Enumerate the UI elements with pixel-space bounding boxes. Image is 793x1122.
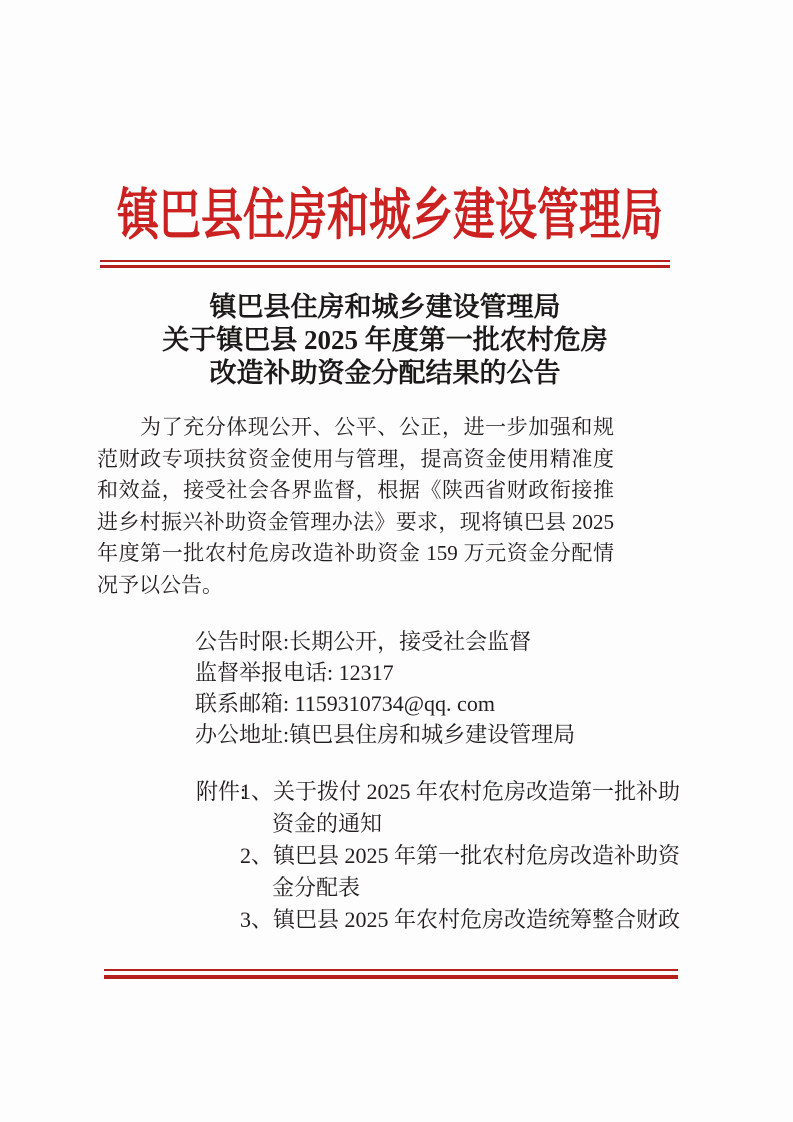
attachment-item-2-cont: 金分配表 (272, 875, 360, 900)
body-line: 况予以公告。 (97, 570, 614, 602)
body-line: 和效益，接受社会各界监督，根据《陕西省财政衔接推 (97, 475, 614, 507)
body-line: 进乡村振兴补助资金管理办法》要求，现将镇巴县 2025 (97, 507, 614, 539)
attachment-row: 附件: 1、关于拨付 2025 年农村危房改造第一批补助 (196, 776, 756, 808)
report-hotline-line: 监督举报电话: 12317 (195, 657, 675, 688)
masthead-rule-thin (100, 260, 670, 262)
title-line-1: 镇巴县住房和城乡建设管理局 (0, 291, 770, 324)
attachment-item-1: 1、关于拨付 2025 年农村危房改造第一批补助 (240, 779, 680, 804)
attachment-row: 3、镇巴县 2025 年农村危房改造统筹整合财政 (196, 904, 756, 936)
office-address-line: 办公地址:镇巴县住房和城乡建设管理局 (195, 719, 675, 750)
document-title: 镇巴县住房和城乡建设管理局 关于镇巴县 2025 年度第一批农村危房 改造补助资… (0, 291, 770, 390)
contact-email-line: 联系邮箱: 1159310734@qq. com (195, 688, 675, 719)
body-line: 年度第一批农村危房改造补助资金 159 万元资金分配情 (97, 538, 614, 570)
attachment-row: 2、镇巴县 2025 年第一批农村危房改造补助资 (196, 840, 756, 872)
body-paragraph: 为了充分体现公开、公平、公正，进一步加强和规 范财政专项扶贫资金使用与管理，提高… (97, 412, 614, 601)
footer-rule-thick (104, 975, 678, 979)
masthead-rule-thick (100, 265, 670, 268)
masthead: 镇巴县住房和城乡建设管理局 (0, 186, 780, 257)
attachment-row: 金分配表 (196, 872, 756, 904)
document-page: 镇巴县住房和城乡建设管理局 镇巴县住房和城乡建设管理局 关于镇巴县 2025 年… (0, 0, 793, 1122)
attachment-row: 资金的通知 (196, 808, 756, 840)
notice-period-line: 公告时限:长期公开，接受社会监督 (195, 626, 675, 657)
title-line-3: 改造补助资金分配结果的公告 (0, 357, 770, 390)
title-line-2: 关于镇巴县 2025 年度第一批农村危房 (0, 324, 770, 357)
body-line: 范财政专项扶贫资金使用与管理，提高资金使用精准度 (97, 444, 614, 476)
masthead-title: 镇巴县住房和城乡建设管理局 (117, 176, 663, 258)
attachment-item-3: 3、镇巴县 2025 年农村危房改造统筹整合财政 (240, 907, 680, 932)
body-line: 为了充分体现公开、公平、公正，进一步加强和规 (97, 412, 614, 444)
footer-rule-thin (104, 969, 678, 971)
attachment-item-1-cont: 资金的通知 (272, 811, 382, 836)
info-block: 公告时限:长期公开，接受社会监督 监督举报电话: 12317 联系邮箱: 115… (195, 626, 675, 750)
attachment-item-2: 2、镇巴县 2025 年第一批农村危房改造补助资 (240, 843, 680, 868)
attachments-label: 附件: (196, 776, 246, 808)
attachments-block: 附件: 1、关于拨付 2025 年农村危房改造第一批补助 资金的通知 2、镇巴县… (196, 776, 756, 936)
